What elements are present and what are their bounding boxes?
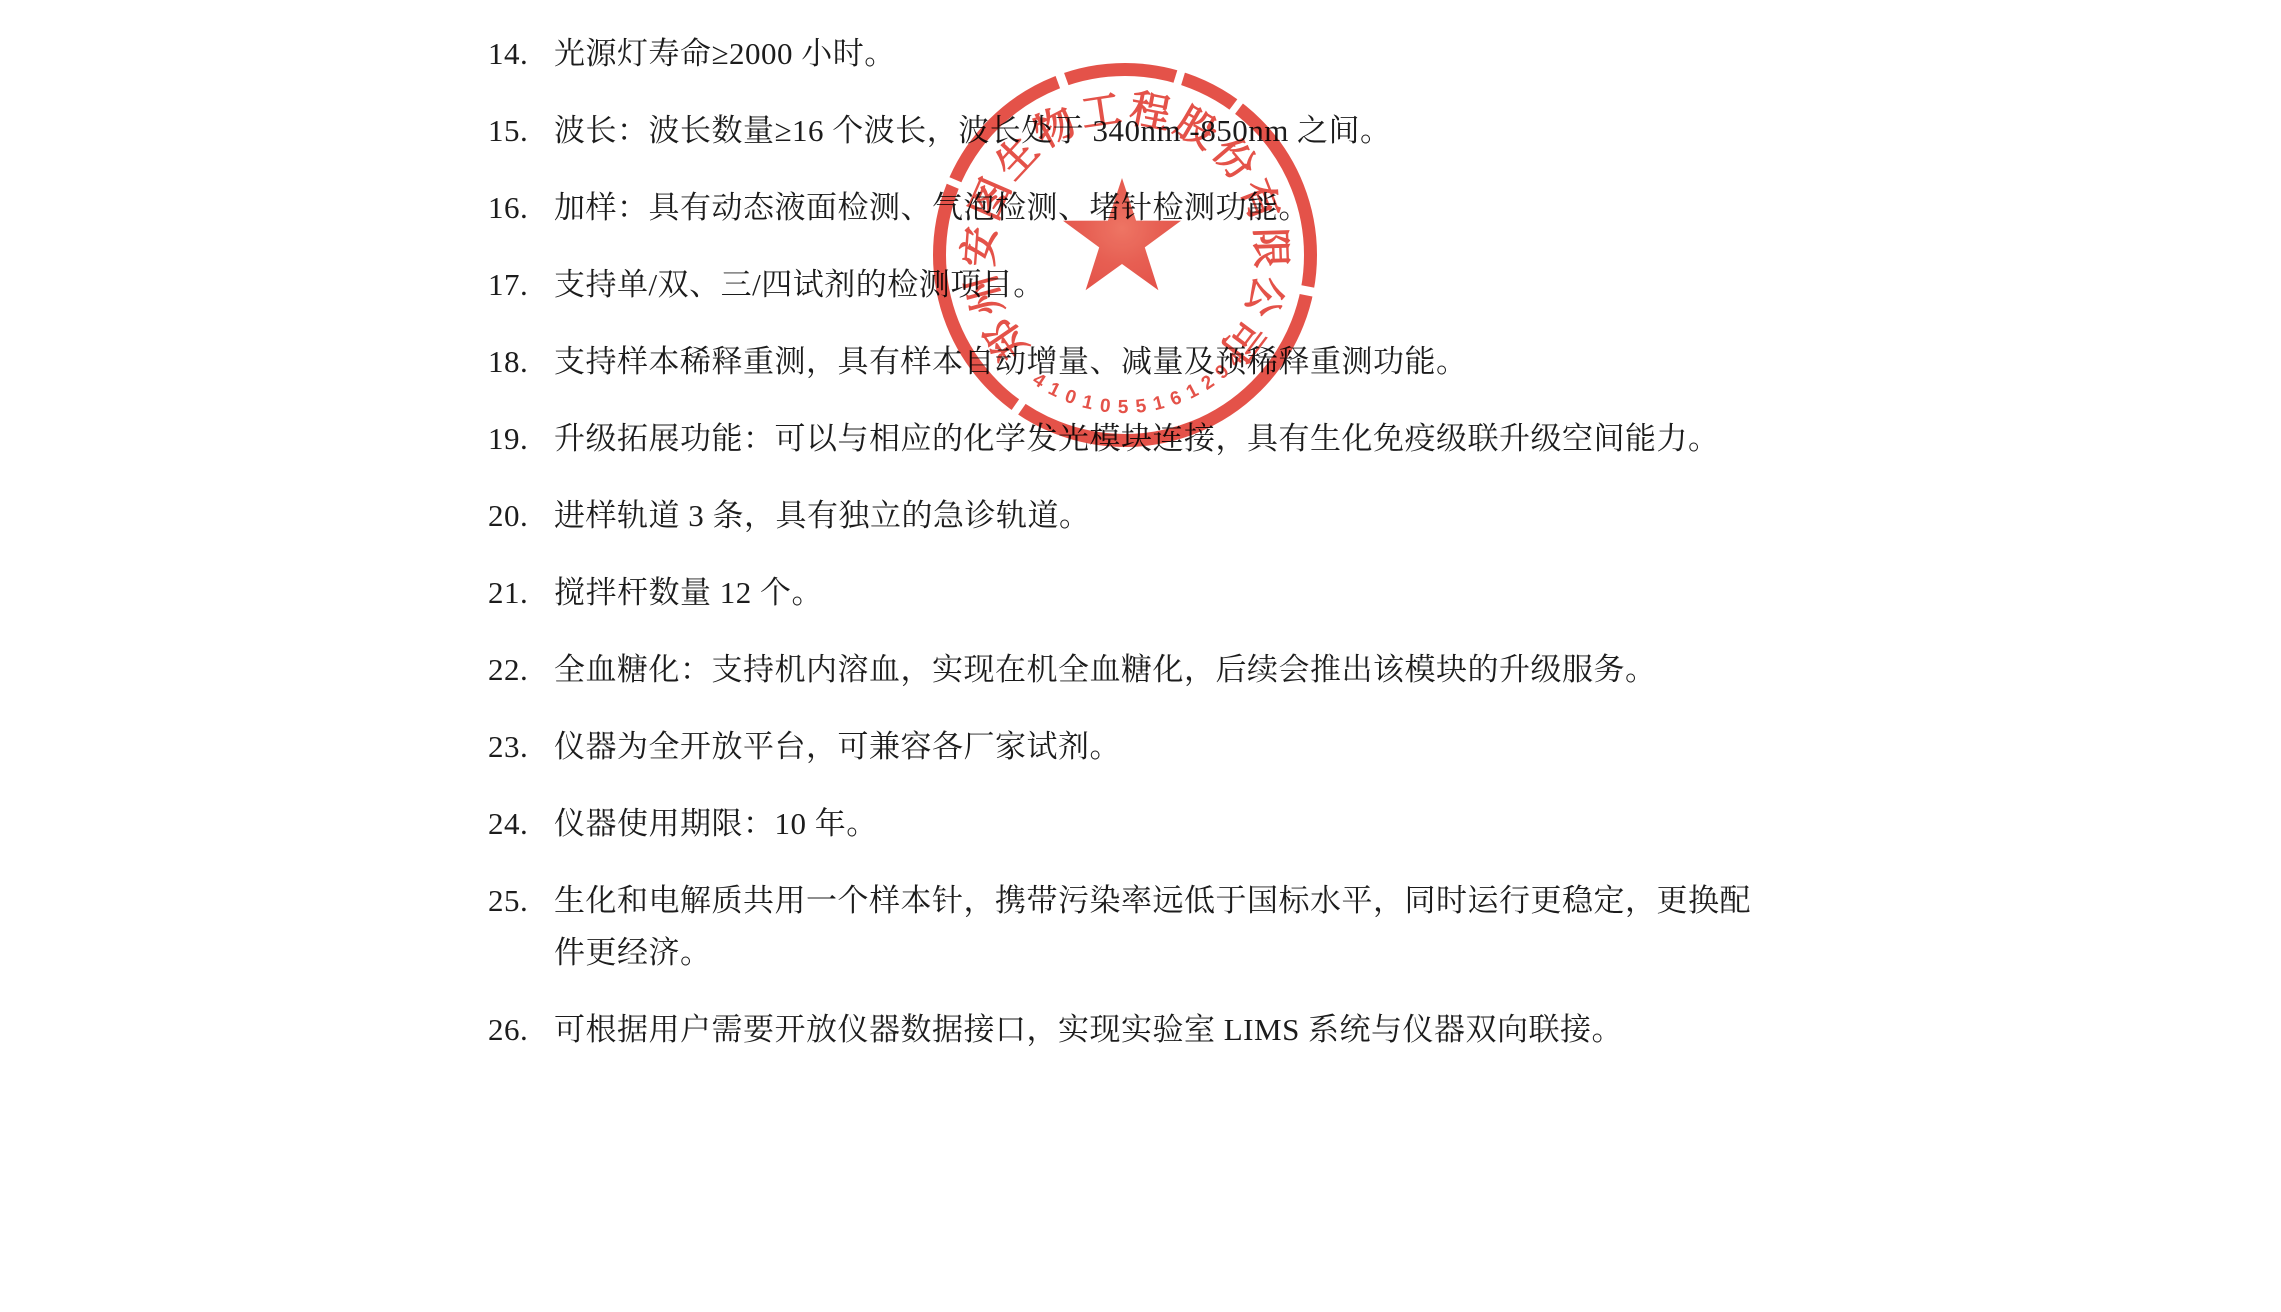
list-item: 16. 加样：具有动态液面检测、气泡检测、堵针检测功能。 [488,182,1778,234]
list-item: 25. 生化和电解质共用一个样本针，携带污染率远低于国标水平，同时运行更稳定，更… [488,875,1778,979]
list-item: 22. 全血糖化：支持机内溶血，实现在机全血糖化，后续会推出该模块的升级服务。 [488,644,1778,696]
list-item: 20. 进样轨道 3 条，具有独立的急诊轨道。 [488,490,1778,542]
item-number: 19. [488,413,554,465]
list-item: 26. 可根据用户需要开放仪器数据接口，实现实验室 LIMS 系统与仪器双向联接… [488,1004,1778,1056]
item-number: 21. [488,567,554,619]
item-number: 14. [488,28,554,80]
specification-list: 14. 光源灯寿命≥2000 小时。 15. 波长：波长数量≥16 个波长，波长… [488,28,1778,1081]
item-number: 18. [488,336,554,388]
item-text: 光源灯寿命≥2000 小时。 [554,28,1751,80]
item-text: 波长：波长数量≥16 个波长，波长处于 340nm -850nm 之间。 [554,105,1751,157]
item-number: 16. [488,182,554,234]
item-text: 升级拓展功能：可以与相应的化学发光模块连接，具有生化免疫级联升级空间能力。 [554,413,1751,465]
item-text: 仪器为全开放平台，可兼容各厂家试剂。 [554,721,1751,773]
list-item: 24. 仪器使用期限：10 年。 [488,798,1778,850]
item-number: 22. [488,644,554,696]
item-number: 24. [488,798,554,850]
item-number: 20. [488,490,554,542]
item-text: 支持单/双、三/四试剂的检测项目。 [554,259,1751,311]
list-item: 19. 升级拓展功能：可以与相应的化学发光模块连接，具有生化免疫级联升级空间能力… [488,413,1778,465]
item-text: 生化和电解质共用一个样本针，携带污染率远低于国标水平，同时运行更稳定，更换配件更… [554,875,1751,979]
item-text: 可根据用户需要开放仪器数据接口，实现实验室 LIMS 系统与仪器双向联接。 [554,1004,1751,1056]
list-item: 23. 仪器为全开放平台，可兼容各厂家试剂。 [488,721,1778,773]
item-text: 加样：具有动态液面检测、气泡检测、堵针检测功能。 [554,182,1751,234]
item-text: 支持样本稀释重测，具有样本自动增量、减量及预稀释重测功能。 [554,336,1751,388]
list-item: 14. 光源灯寿命≥2000 小时。 [488,28,1778,80]
item-number: 23. [488,721,554,773]
item-text: 进样轨道 3 条，具有独立的急诊轨道。 [554,490,1751,542]
item-number: 15. [488,105,554,157]
item-number: 25. [488,875,554,927]
list-item: 18. 支持样本稀释重测，具有样本自动增量、减量及预稀释重测功能。 [488,336,1778,388]
list-item: 17. 支持单/双、三/四试剂的检测项目。 [488,259,1778,311]
item-text: 搅拌杆数量 12 个。 [554,567,1751,619]
list-item: 15. 波长：波长数量≥16 个波长，波长处于 340nm -850nm 之间。 [488,105,1778,157]
item-number: 26. [488,1004,554,1056]
item-text: 全血糖化：支持机内溶血，实现在机全血糖化，后续会推出该模块的升级服务。 [554,644,1751,696]
list-item: 21. 搅拌杆数量 12 个。 [488,567,1778,619]
item-number: 17. [488,259,554,311]
item-text: 仪器使用期限：10 年。 [554,798,1751,850]
